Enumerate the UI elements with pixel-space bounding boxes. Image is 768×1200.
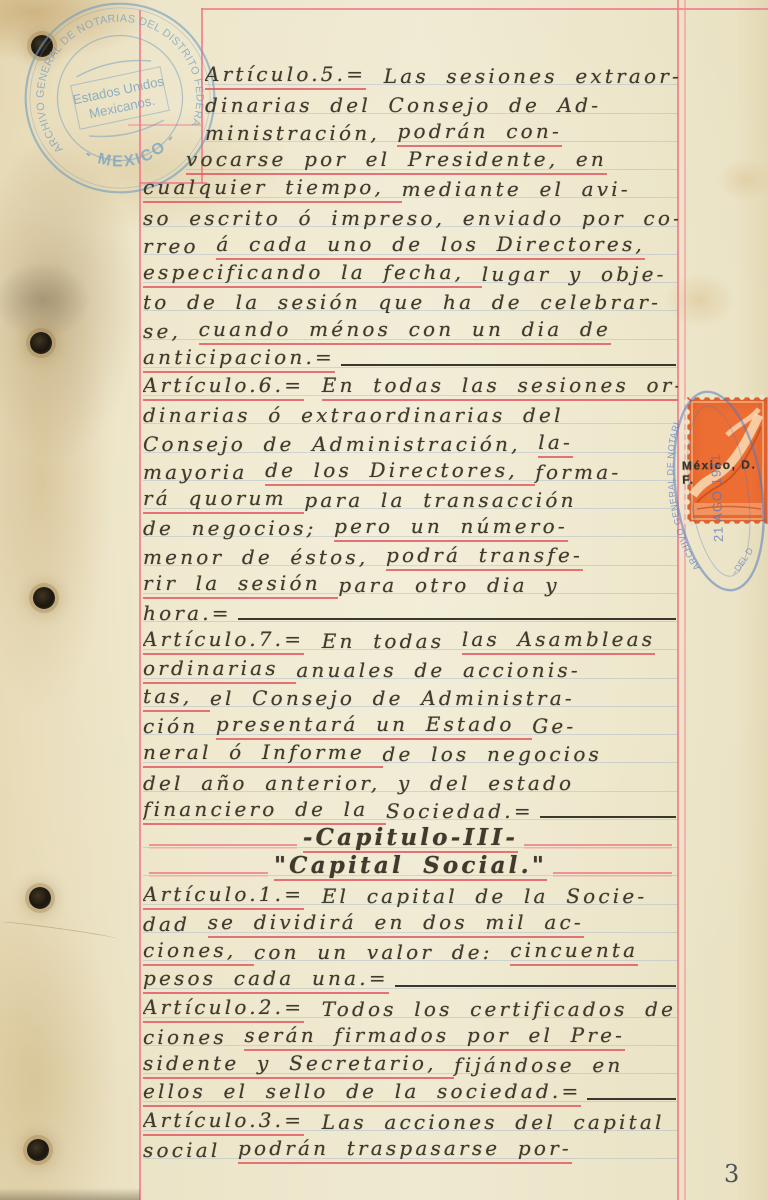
handwritten-text: rreo bbox=[143, 233, 216, 260]
manuscript-line: neral ó Informe de los negocios bbox=[143, 740, 678, 768]
paper-bottom-edge bbox=[0, 1188, 140, 1200]
manuscript-lines: Artículo.5.= Las sesiones extraor-dinari… bbox=[0, 62, 768, 1164]
heading-side-rule bbox=[149, 872, 268, 874]
handwritten-text: se, bbox=[143, 318, 199, 345]
manuscript-line: rir la sesión para otro dia y bbox=[143, 571, 678, 599]
manuscript-line: rreo á cada uno de los Directores, bbox=[143, 232, 678, 260]
red-underlined-text: anticipacion.= bbox=[143, 345, 335, 373]
heading-side-rule bbox=[524, 844, 672, 846]
handwritten-text: ciones bbox=[143, 1024, 244, 1051]
manuscript-line: Artículo.2.= Todos los certificados de a… bbox=[143, 994, 678, 1022]
manuscript-line: cualquier tiempo, mediante el avi- bbox=[143, 175, 678, 203]
manuscript-line: anticipacion.= bbox=[143, 345, 678, 373]
handwritten-text: fijándose en bbox=[454, 1052, 623, 1079]
handwritten-text: Las acciones del capital bbox=[304, 1109, 664, 1136]
handwritten-text: Las sesiones extraor- bbox=[366, 63, 678, 90]
manuscript-line: rá quorum para la transacción bbox=[143, 486, 678, 514]
red-underlined-text: -Capitulo-III- bbox=[303, 825, 518, 853]
heading-side-rule bbox=[149, 844, 297, 846]
handwritten-text bbox=[304, 374, 322, 401]
manuscript-line: Artículo.5.= Las sesiones extraor- bbox=[205, 62, 678, 90]
handwritten-text: el Consejo de Administra- bbox=[210, 685, 575, 712]
handwritten-text: con un valor de: bbox=[254, 939, 510, 966]
handwritten-text: de negocios; bbox=[143, 515, 334, 542]
red-underlined-text: serán firmados por el Pre- bbox=[244, 1023, 625, 1051]
manuscript-line: Consejo de Administración, la- bbox=[143, 429, 678, 457]
manuscript-page: ARCHIVO GENERAL DE NOTARIAS DEL DISTRITO… bbox=[0, 0, 768, 1200]
red-underlined-text: de los Directores, bbox=[265, 458, 535, 486]
handwritten-text: Todos los certificados de ac- bbox=[304, 996, 678, 1023]
red-underlined-text: cuando ménos con un dia de bbox=[199, 316, 611, 344]
article-end-rule bbox=[395, 985, 676, 987]
handwritten-text: Sociedad.= bbox=[386, 798, 534, 825]
handwritten-text: ministración, bbox=[205, 120, 397, 147]
red-underlined-text: Artículo.6.= bbox=[143, 373, 304, 401]
manuscript-line: mayoria de los Directores, forma- bbox=[143, 458, 678, 486]
red-underlined-text: En todas las sesiones or- bbox=[322, 373, 678, 401]
red-underlined-text: tas, bbox=[143, 684, 210, 712]
manuscript-line: de negocios; pero un número- bbox=[143, 514, 678, 542]
red-underlined-text: financiero de la bbox=[143, 797, 386, 825]
handwritten-text: lugar y obje- bbox=[482, 261, 667, 288]
red-underlined-text: neral ó Informe bbox=[143, 740, 383, 768]
page-number: 3 bbox=[724, 1160, 740, 1188]
heading-side-rule bbox=[553, 872, 672, 874]
top-margin-line bbox=[201, 8, 768, 10]
red-underlined-text: rá quorum bbox=[143, 486, 304, 514]
red-underlined-text: "Capital Social." bbox=[274, 853, 547, 881]
manuscript-line: menor de éstos, podrá transfe- bbox=[143, 542, 678, 570]
manuscript-line: tas, el Consejo de Administra- bbox=[143, 684, 678, 712]
red-underlined-text: vocarse por el Presidente, en bbox=[186, 147, 607, 175]
red-underlined-text: rir la sesión bbox=[143, 571, 338, 599]
manuscript-line: financiero de la Sociedad.= bbox=[143, 797, 678, 825]
handwritten-text: so escrito ó impreso, enviado por co- bbox=[143, 205, 678, 232]
red-underlined-text: Artículo.2.= bbox=[143, 994, 304, 1022]
manuscript-line: sidente y Secretario, fijándose en bbox=[143, 1051, 678, 1079]
manuscript-line: Artículo.7.= En todas las Asambleas bbox=[143, 627, 678, 655]
manuscript-line: ellos el sello de la sociedad.= bbox=[143, 1079, 678, 1107]
handwritten-text: para la transacción bbox=[304, 487, 576, 514]
handwritten-text: El capital de la Socie- bbox=[304, 883, 647, 910]
manuscript-line: social podrán traspasarse por- bbox=[143, 1136, 678, 1164]
handwritten-text: En todas bbox=[304, 628, 462, 655]
manuscript-line: ministración, podrán con- bbox=[205, 119, 678, 147]
cancel-date: 21 AGO 1911 bbox=[708, 453, 726, 542]
red-underlined-text: la- bbox=[538, 429, 573, 457]
manuscript-line: so escrito ó impreso, enviado por co- bbox=[143, 203, 678, 231]
article-end-rule bbox=[540, 816, 676, 818]
red-underlined-text: Artículo.3.= bbox=[143, 1107, 304, 1135]
handwritten-text: Ge- bbox=[532, 713, 576, 740]
red-underlined-text: Artículo.5.= bbox=[205, 62, 366, 90]
manuscript-line: del año anterior, y del estado bbox=[143, 768, 678, 796]
manuscript-line: pesos cada una.= bbox=[143, 966, 678, 994]
red-underlined-text: á cada uno de los Directores, bbox=[216, 232, 645, 260]
chapter-heading-line: "Capital Social." bbox=[143, 853, 678, 881]
manuscript-line: dinarias del Consejo de Ad- bbox=[205, 90, 678, 118]
handwritten-text: forma- bbox=[535, 459, 621, 486]
manuscript-line: dad se dividirá en dos mil ac- bbox=[143, 910, 678, 938]
handwritten-text: del año anterior, y del estado bbox=[143, 770, 574, 797]
red-underlined-text: presentará un Estado bbox=[216, 712, 532, 740]
handwritten-text: ción bbox=[143, 713, 216, 740]
handwritten-text: Consejo de Administración, bbox=[143, 431, 538, 458]
red-underlined-text: ciones, bbox=[143, 938, 254, 966]
red-underlined-text: Artículo.7.= bbox=[143, 627, 304, 655]
handwritten-text: dad bbox=[143, 911, 208, 938]
manuscript-line: Artículo.6.= En todas las sesiones or- bbox=[143, 373, 678, 401]
manuscript-line: vocarse por el Presidente, en bbox=[186, 147, 678, 175]
red-underlined-text: Artículo.1.= bbox=[143, 881, 304, 909]
handwritten-text: social bbox=[143, 1137, 238, 1164]
article-end-rule bbox=[341, 364, 676, 366]
manuscript-line: ción presentará un Estado Ge- bbox=[143, 712, 678, 740]
handwritten-text: to de la sesión que ha de celebrar- bbox=[143, 289, 661, 316]
manuscript-line: especificando la fecha, lugar y obje- bbox=[143, 260, 678, 288]
red-underlined-text: podrán traspasarse por- bbox=[238, 1136, 572, 1164]
red-underlined-text: se dividirá en dos mil ac- bbox=[208, 910, 584, 938]
article-end-rule bbox=[587, 1098, 676, 1100]
chapter-heading-line: -Capitulo-III- bbox=[143, 825, 678, 853]
red-underlined-text: ordinarias bbox=[143, 655, 296, 683]
handwritten-text: menor de éstos, bbox=[143, 544, 386, 571]
red-underlined-text: cincuenta bbox=[510, 938, 638, 966]
handwritten-text: mediante el avi- bbox=[402, 176, 631, 203]
manuscript-line: ordinarias anuales de accionis- bbox=[143, 655, 678, 683]
red-underlined-text: sidente y Secretario, bbox=[143, 1051, 454, 1079]
red-underlined-text: podrán con- bbox=[397, 119, 561, 147]
handwritten-text: de los negocios bbox=[383, 741, 603, 768]
handwritten-text: dinarias del Consejo de Ad- bbox=[205, 92, 601, 119]
manuscript-line: hora.= bbox=[143, 599, 678, 627]
handwritten-text: mayoria bbox=[143, 459, 265, 486]
handwritten-text: hora.= bbox=[143, 600, 232, 627]
red-underlined-text: pero un número- bbox=[334, 514, 568, 542]
manuscript-line: Artículo.1.= El capital de la Socie- bbox=[143, 881, 678, 909]
red-underlined-text: podrá transfe- bbox=[386, 542, 583, 570]
manuscript-line: to de la sesión que ha de celebrar- bbox=[143, 288, 678, 316]
red-underlined-text: las Asambleas bbox=[462, 627, 655, 655]
handwritten-text: anuales de accionis- bbox=[296, 657, 581, 684]
red-underlined-text: pesos cada una.= bbox=[143, 966, 389, 994]
manuscript-line: dinarias ó extraordinarias del bbox=[143, 401, 678, 429]
red-underlined-text: especificando la fecha, bbox=[143, 260, 482, 288]
manuscript-line: se, cuando ménos con un dia de bbox=[143, 316, 678, 344]
red-underlined-text: ellos el sello de la sociedad.= bbox=[143, 1079, 581, 1107]
manuscript-line: Artículo.3.= Las acciones del capital bbox=[143, 1107, 678, 1135]
manuscript-line: ciones serán firmados por el Pre- bbox=[143, 1023, 678, 1051]
handwritten-text: dinarias ó extraordinarias del bbox=[143, 402, 564, 429]
red-underlined-text: cualquier tiempo, bbox=[143, 175, 402, 203]
article-end-rule bbox=[238, 618, 676, 620]
manuscript-line: ciones, con un valor de: cincuenta bbox=[143, 938, 678, 966]
handwritten-text: para otro dia y bbox=[338, 572, 559, 599]
